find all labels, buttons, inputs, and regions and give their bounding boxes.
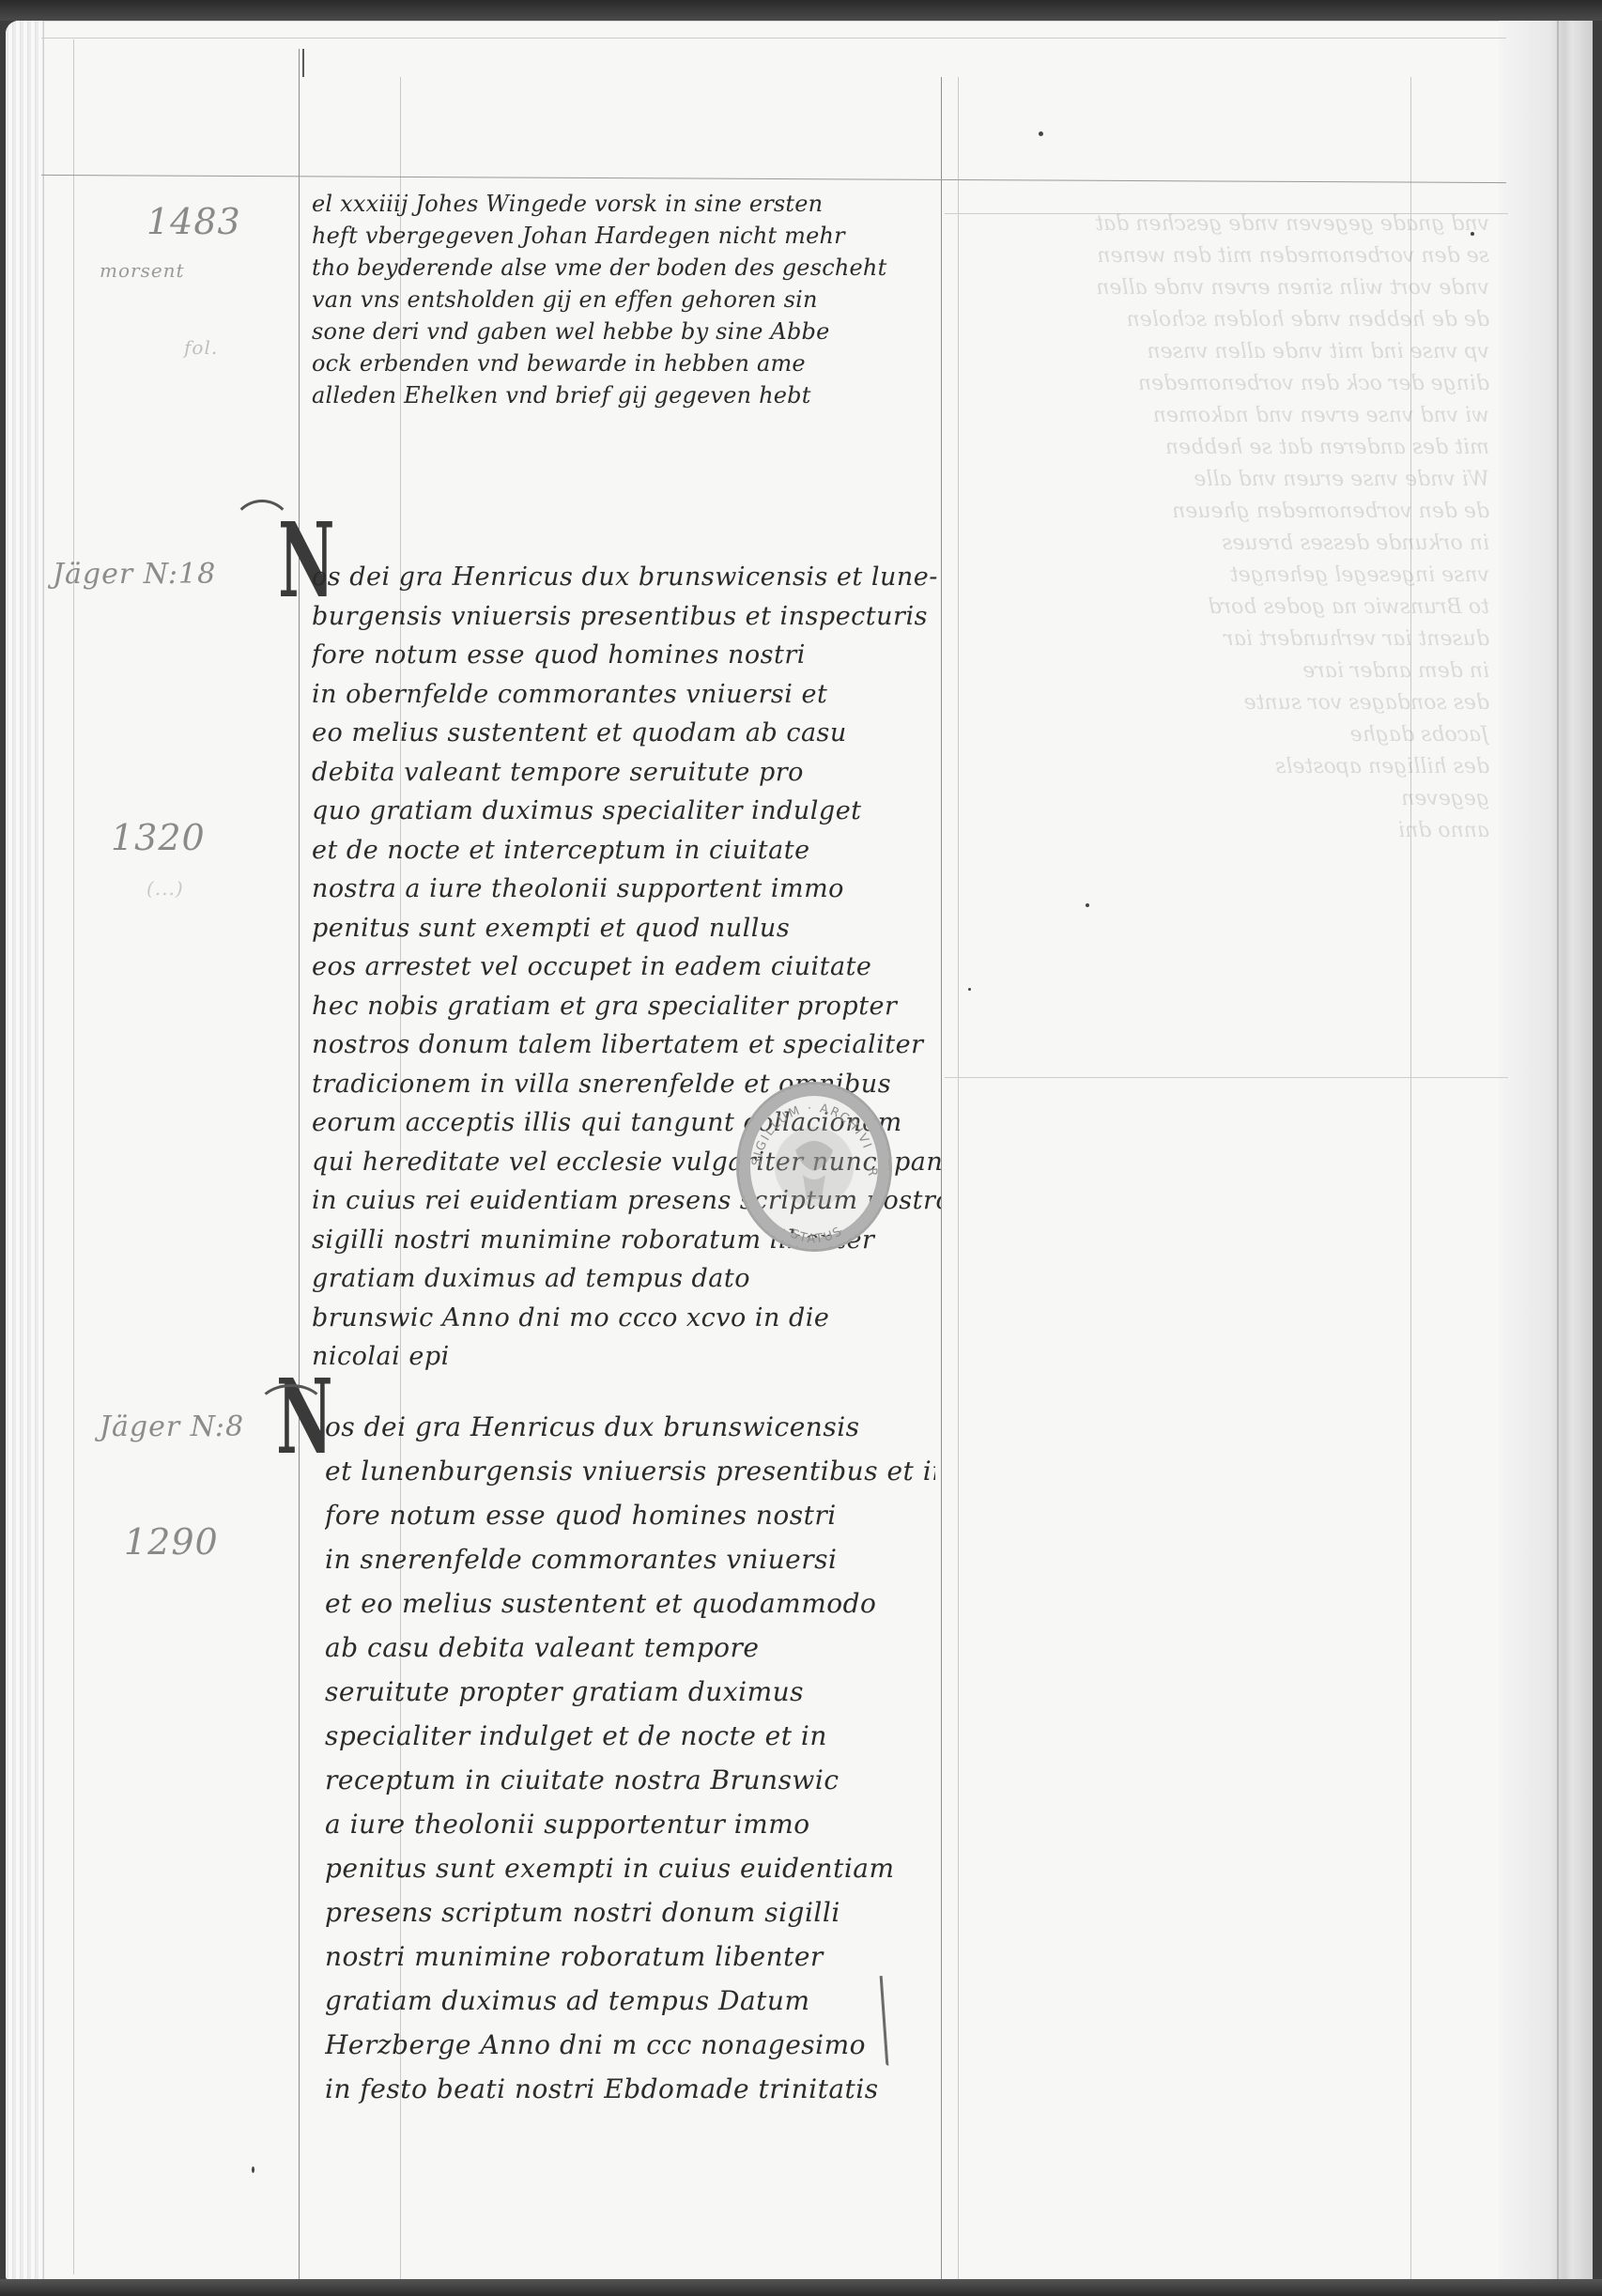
ink-speck xyxy=(1471,232,1474,236)
ruling-line xyxy=(41,38,1506,39)
archive-seal-stamp: SIGILLUM · ARCHIVI · REGIORUM STATUS xyxy=(736,1082,892,1252)
ink-speck xyxy=(968,988,971,991)
binding-edge xyxy=(1499,21,1593,2280)
margin-label-jaeger-18: Jäger N:18 xyxy=(53,558,216,591)
ruling-line xyxy=(958,77,959,2280)
margin-minor-note: fol. xyxy=(184,336,218,359)
initial-flourish xyxy=(231,500,293,562)
bleed-through-text: vnd gnade gegeven vnde geschen dat se de… xyxy=(963,208,1489,1035)
entry-jaeger-18-text: os dei gra Henricus dux brunswicensis et… xyxy=(312,558,941,1377)
entry-jaeger-8-text: os dei gra Henricus dux brunswicensis et… xyxy=(325,1405,935,2111)
ruling-line xyxy=(945,1077,1508,1078)
ink-speck xyxy=(1086,903,1089,907)
margin-year-1320: 1320 xyxy=(111,817,206,858)
margin-year-1483: 1483 xyxy=(146,201,241,242)
margin-rule-ink xyxy=(302,49,304,77)
scanner-frame-bottom xyxy=(0,2279,1602,2296)
initial-flourish xyxy=(255,1384,327,1437)
entry-top-text: el xxxiiij Johes Wingede vorsk in sine e… xyxy=(312,188,932,411)
page-stack-edge xyxy=(6,21,44,2280)
scanner-frame-top xyxy=(0,0,1602,21)
svg-text:STATUS: STATUS xyxy=(788,1224,845,1246)
seal-emblem-icon: SIGILLUM · ARCHIVI · REGIORUM STATUS xyxy=(739,1085,889,1249)
margin-minor-note: (...) xyxy=(146,877,184,900)
margin-label-jaeger-8: Jäger N:8 xyxy=(100,1410,244,1443)
manuscript-page: vnd gnade gegeven vnde geschen dat se de… xyxy=(6,21,1593,2280)
margin-rule-left xyxy=(299,49,300,2280)
ruling-line xyxy=(73,39,74,2274)
top-rule xyxy=(41,175,1506,183)
margin-year-1290: 1290 xyxy=(124,1521,219,1563)
margin-rule-right xyxy=(941,77,942,2280)
ink-speck xyxy=(1039,131,1043,136)
ink-speck xyxy=(252,2166,254,2173)
margin-label-morsent: morsent xyxy=(100,259,185,282)
